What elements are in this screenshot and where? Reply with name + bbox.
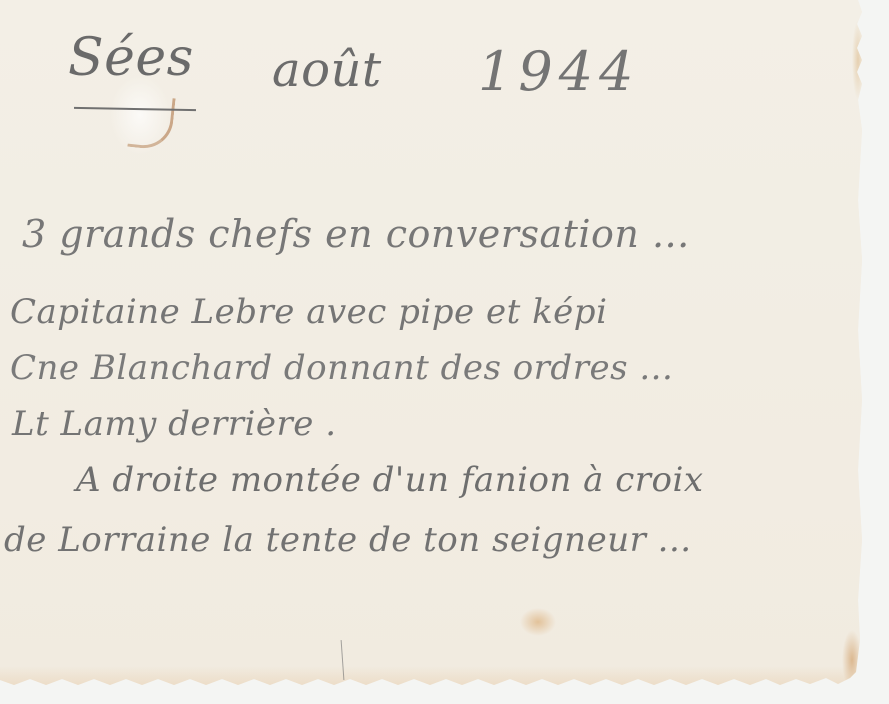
note-line-2: Capitaine Lebre avec pipe et képi — [10, 292, 607, 332]
edge-stain — [0, 666, 860, 688]
note-line-6: de Lorraine la tente de ton seigneur ... — [4, 520, 692, 560]
heading-place: Sées — [68, 28, 194, 88]
note-line-3: Cne Blanchard donnant des ordres ... — [10, 348, 673, 388]
note-line-5: A droite montée d'un fanion à croix — [76, 460, 704, 500]
note-line-1: 3 grands chefs en conversation ... — [22, 212, 690, 256]
pencil-stray-mark — [341, 640, 345, 680]
heading-month: août — [272, 42, 382, 98]
note-line-4: Lt Lamy derrière . — [12, 404, 337, 444]
tape-residue-mark — [127, 94, 175, 151]
photo-back-card: Sées août 1944 3 grands chefs en convers… — [0, 0, 862, 688]
heading-year: 1944 — [478, 40, 639, 103]
